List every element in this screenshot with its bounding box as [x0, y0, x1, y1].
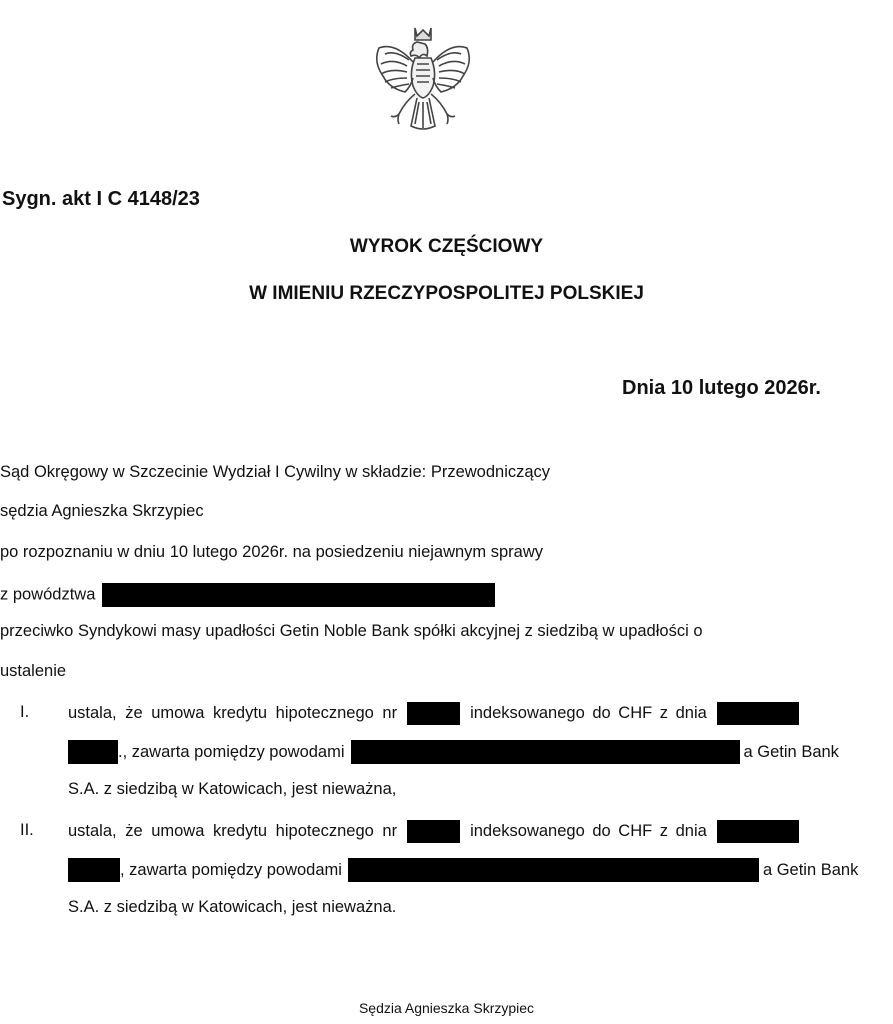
- item-2-text-a: ustala, że umowa kredytu hipotecznego nr: [68, 822, 397, 841]
- redacted-contract-number: [407, 820, 460, 843]
- item-1-line-1: ustala, że umowa kredytu hipotecznego nr…: [68, 700, 893, 726]
- redacted-plaintiff: [102, 583, 495, 607]
- eagle-emblem-icon: [365, 22, 481, 140]
- case-signature: Sygn. akt I C 4148/23: [2, 188, 200, 211]
- redacted-plaintiffs: [351, 740, 740, 764]
- redacted-date-continuation: [68, 740, 118, 764]
- item-1-number: I.: [20, 703, 29, 722]
- item-2-line-2: , zawarta pomiędzy powodami a Getin Bank: [68, 857, 893, 883]
- item-2-number: II.: [20, 821, 34, 840]
- redacted-plaintiffs: [348, 858, 759, 882]
- item-2-line-3: S.A. z siedzibą w Katowicach, jest niewa…: [68, 898, 396, 917]
- redacted-date-continuation: [68, 858, 120, 882]
- plaintiff-line: z powództwa: [0, 583, 495, 607]
- presiding-judge: sędzia Agnieszka Skrzypiec: [0, 502, 204, 521]
- document-subtitle: W IMIENIU RZECZYPOSPOLITEJ POLSKIEJ: [0, 283, 893, 305]
- hearing-info: po rozpoznaniu w dniu 10 lutego 2026r. n…: [0, 543, 543, 562]
- judge-signature: Sędzia Agnieszka Skrzypiec: [0, 1000, 893, 1016]
- redacted-contract-date: [717, 702, 799, 725]
- claim-subject: ustalenie: [0, 662, 66, 681]
- item-1-line-3: S.A. z siedzibą w Katowicach, jest niewa…: [68, 780, 396, 799]
- defendant-line: przeciwko Syndykowi masy upadłości Getin…: [0, 622, 703, 641]
- judgment-date: Dnia 10 lutego 2026r.: [622, 377, 821, 400]
- court-composition: Sąd Okręgowy w Szczecinie Wydział I Cywi…: [0, 463, 550, 482]
- item-1-text-b: indeksowanego do CHF z dnia: [470, 704, 707, 723]
- item-1-line-2: ., zawarta pomiędzy powodami a Getin Ban…: [68, 739, 893, 765]
- plaintiff-prefix: z powództwa: [0, 585, 95, 603]
- item-2-line-1: ustala, że umowa kredytu hipotecznego nr…: [68, 818, 893, 844]
- document-title: WYROK CZĘŚCIOWY: [0, 236, 893, 258]
- item-1-text-d: a Getin Bank: [744, 743, 839, 762]
- redacted-contract-date: [717, 820, 799, 843]
- item-1-text-c: ., zawarta pomiędzy powodami: [118, 743, 345, 762]
- item-2-text-c: , zawarta pomiędzy powodami: [120, 861, 342, 880]
- item-2-text-b: indeksowanego do CHF z dnia: [470, 822, 707, 841]
- item-2-text-d: a Getin Bank: [763, 861, 858, 880]
- item-1-text-a: ustala, że umowa kredytu hipotecznego nr: [68, 704, 397, 723]
- redacted-contract-number: [407, 702, 460, 725]
